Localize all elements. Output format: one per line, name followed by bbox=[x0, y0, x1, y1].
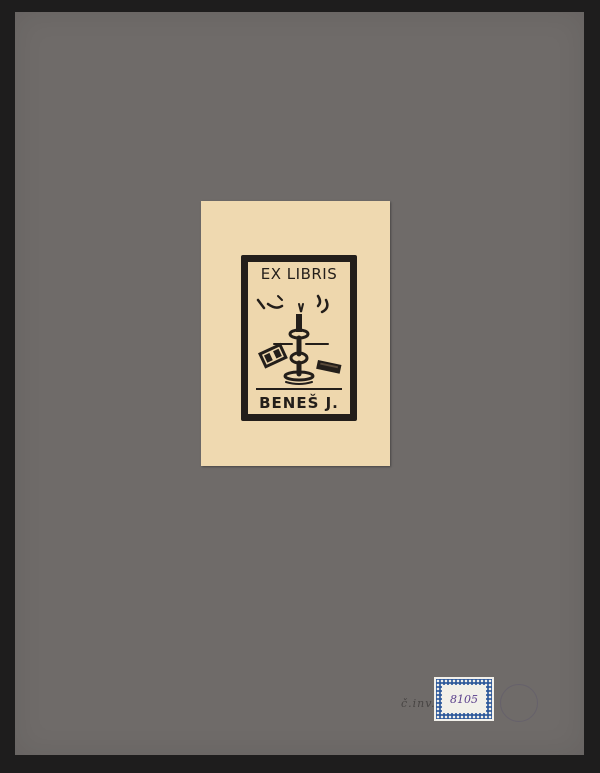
candle-illustration bbox=[248, 284, 350, 390]
inventory-label: 8105 bbox=[434, 677, 494, 721]
woodcut-frame: EX LIBRIS bbox=[241, 255, 357, 421]
inventory-prefix: č.inv. bbox=[401, 697, 436, 710]
circular-stamp bbox=[500, 684, 538, 722]
open-book-icon bbox=[260, 345, 286, 367]
closed-book-icon bbox=[316, 360, 341, 374]
label-border: 8105 bbox=[436, 679, 492, 719]
ex-libris-heading: EX LIBRIS bbox=[248, 265, 350, 283]
inventory-number: 8105 bbox=[442, 685, 486, 713]
owner-name: BENEŠ J. bbox=[248, 394, 350, 412]
bookplate: EX LIBRIS bbox=[201, 201, 390, 466]
divider-rule bbox=[256, 388, 342, 390]
